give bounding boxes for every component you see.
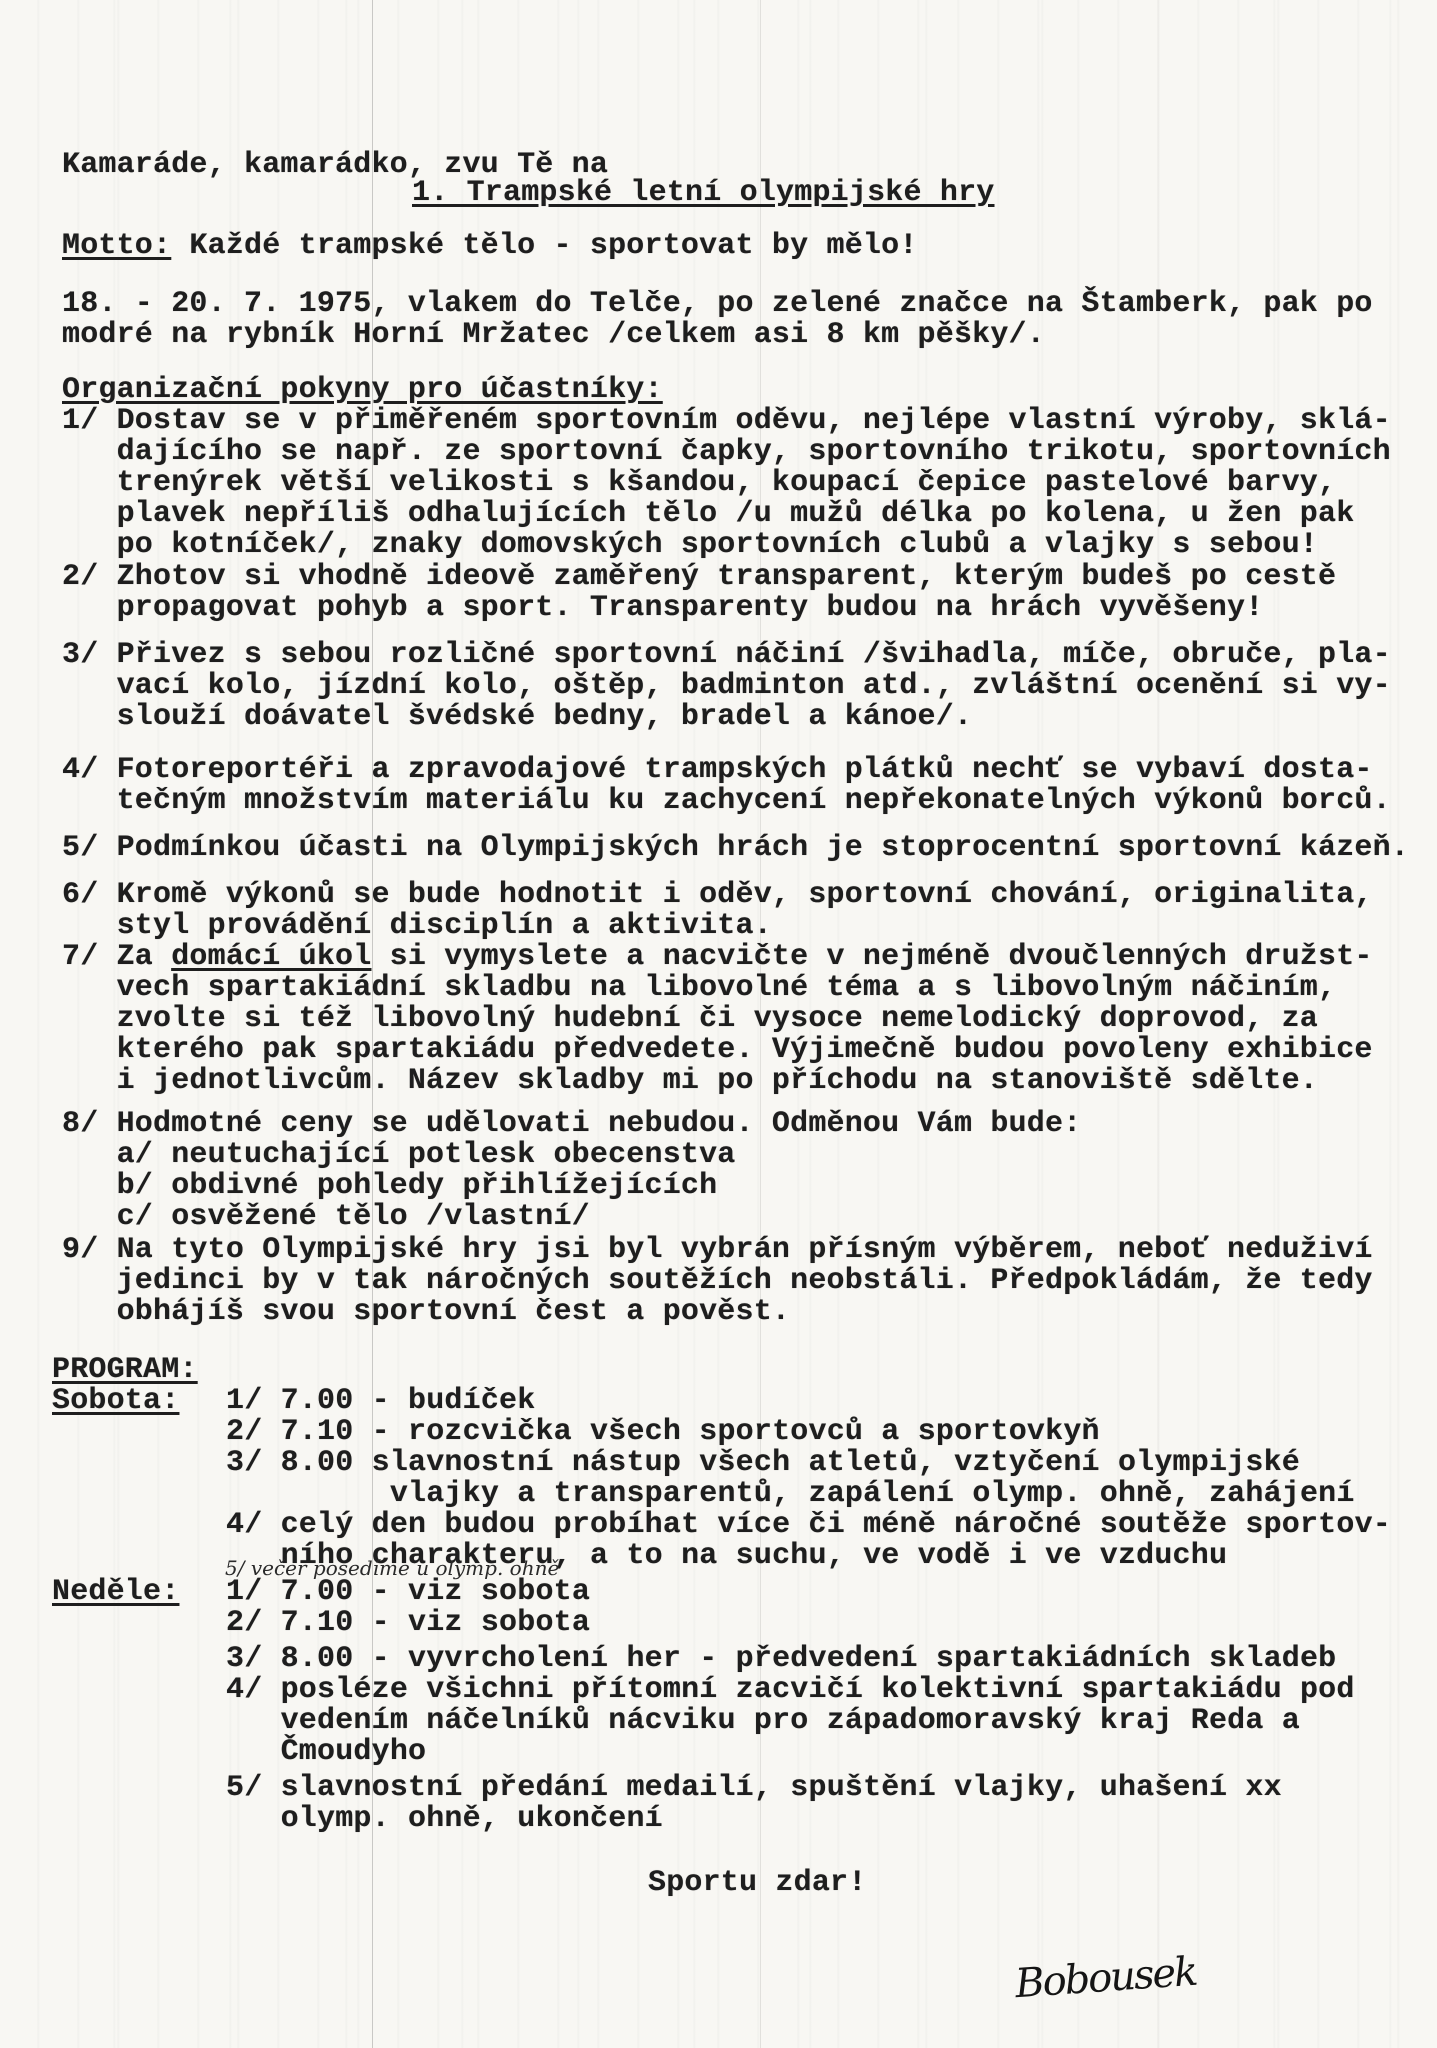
sunday-item: 2/ 7.10 - viz sobota <box>226 1608 590 1639</box>
instruction-6-line: 6/ Kromě výkonů se bude hodnotit i oděv,… <box>62 880 1373 911</box>
instruction-1-line: 1/ Dostav se v přiměřeném sportovním odě… <box>62 406 1391 437</box>
instruction-1-line: trenýrek větší velikosti s kšandou, koup… <box>62 468 1336 499</box>
instruction-9-line: jedinci by v tak náročných soutěžích neo… <box>62 1266 1373 1297</box>
saturday-item: 4/ celý den budou probíhat více či méně … <box>226 1510 1391 1541</box>
saturday-item: 1/ 7.00 - budíček <box>226 1386 535 1417</box>
sunday-item: vedením náčelníků nácviku pro západomora… <box>226 1706 1300 1737</box>
instruction-4-line: 4/ Fotoreportéři a zpravodajové trampský… <box>62 755 1373 786</box>
instruction-7-line: 7/ Za domácí úkol si vymyslete a nacvičt… <box>62 942 1373 973</box>
saturday-item: 2/ 7.10 - rozcvička všech sportovců a sp… <box>226 1417 1100 1448</box>
sunday-item: Čmoudyho <box>226 1737 426 1768</box>
instruction-3-line: slouží doávatel švédské bedny, bradel a … <box>62 702 972 733</box>
trip-line-1: 18. - 20. 7. 1975, vlakem do Telče, po z… <box>62 289 1373 320</box>
instruction-6-line: styl provádění disciplín a aktivita. <box>62 911 772 942</box>
saturday-label: Sobota: <box>52 1386 179 1417</box>
instruction-8-line: b/ obdivné pohledy přihlížejících <box>62 1171 717 1202</box>
instructions-heading: Organizační pokyny pro účastníky: <box>62 375 663 406</box>
sunday-item: 4/ posléze všichni přítomní zacvičí kole… <box>226 1675 1355 1706</box>
sunday-item: 3/ 8.00 - vyvrcholení her - předvedení s… <box>226 1644 1336 1675</box>
sunday-item: olymp. ohně, ukončení <box>226 1804 663 1835</box>
instruction-8-line: a/ neutuchající potlesk obecenstva <box>62 1140 736 1171</box>
instruction-1-line: plavek nepříliš odhalujících tělo /u muž… <box>62 499 1354 530</box>
closing: Sportu zdar! <box>648 1868 866 1899</box>
underlined-phrase: domácí úkol <box>171 940 371 974</box>
motto-text: Každé trampské tělo - sportovat by mělo! <box>189 229 917 263</box>
instruction-2-line: propagovat pohyb a sport. Transparenty b… <box>62 593 1263 624</box>
sunday-item: 5/ slavnostní předání medailí, spuštění … <box>226 1773 1282 1804</box>
instruction-9-line: obhájíš svou sportovní čest a pověst. <box>62 1297 790 1328</box>
instruction-8-line: c/ osvěžené tělo /vlastní/ <box>62 1202 590 1233</box>
instruction-8-line: 8/ Hodmotné ceny se udělovati nebudou. O… <box>62 1109 1081 1140</box>
instruction-4-line: tečným množstvím materiálu ku zachycení … <box>62 786 1391 817</box>
instruction-3-line: 3/ Přivez s sebou rozličné sportovní náč… <box>62 640 1391 671</box>
instruction-1-line: po kotníček/, znaky domovských sportovní… <box>62 530 1318 561</box>
trip-line-2: modré na rybník Horní Mržatec /celkem as… <box>62 320 1045 351</box>
instruction-7-line: zvolte si též libovolný hudební či vysoc… <box>62 1004 1318 1035</box>
instruction-9-line: 9/ Na tyto Olympijské hry jsi byl vybrán… <box>62 1235 1373 1266</box>
program-heading: PROGRAM: <box>52 1355 198 1386</box>
motto: Motto: Každé trampské tělo - sportovat b… <box>62 231 918 262</box>
instruction-1-line: dajícího se např. ze sportovní čapky, sp… <box>62 437 1391 468</box>
instruction-7-line: kterého pak spartakiádu předvedete. Výji… <box>62 1035 1373 1066</box>
instruction-7-line: i jednotlivcům. Název skladby mi po příc… <box>62 1066 1318 1097</box>
saturday-item: 3/ 8.00 slavnostní nástup všech atletů, … <box>226 1448 1300 1479</box>
document-title: 1. Trampské letní olympijské hry <box>412 178 995 209</box>
saturday-item: vlajky a transparentů, zapálení olymp. o… <box>226 1479 1355 1510</box>
motto-label: Motto: <box>62 229 171 263</box>
sunday-label: Neděle: <box>52 1577 179 1608</box>
instruction-3-line: vací kolo, jízdní kolo, oštěp, badminton… <box>62 671 1391 702</box>
instruction-5-line: 5/ Podmínkou účasti na Olympijských hrác… <box>62 833 1409 864</box>
sunday-item: 1/ 7.00 - viz sobota <box>226 1577 590 1608</box>
instruction-2-line: 2/ Zhotov si vhodně ideově zaměřený tran… <box>62 562 1336 593</box>
instruction-7-line: vech spartakiádní skladbu na libovolné t… <box>62 973 1336 1004</box>
